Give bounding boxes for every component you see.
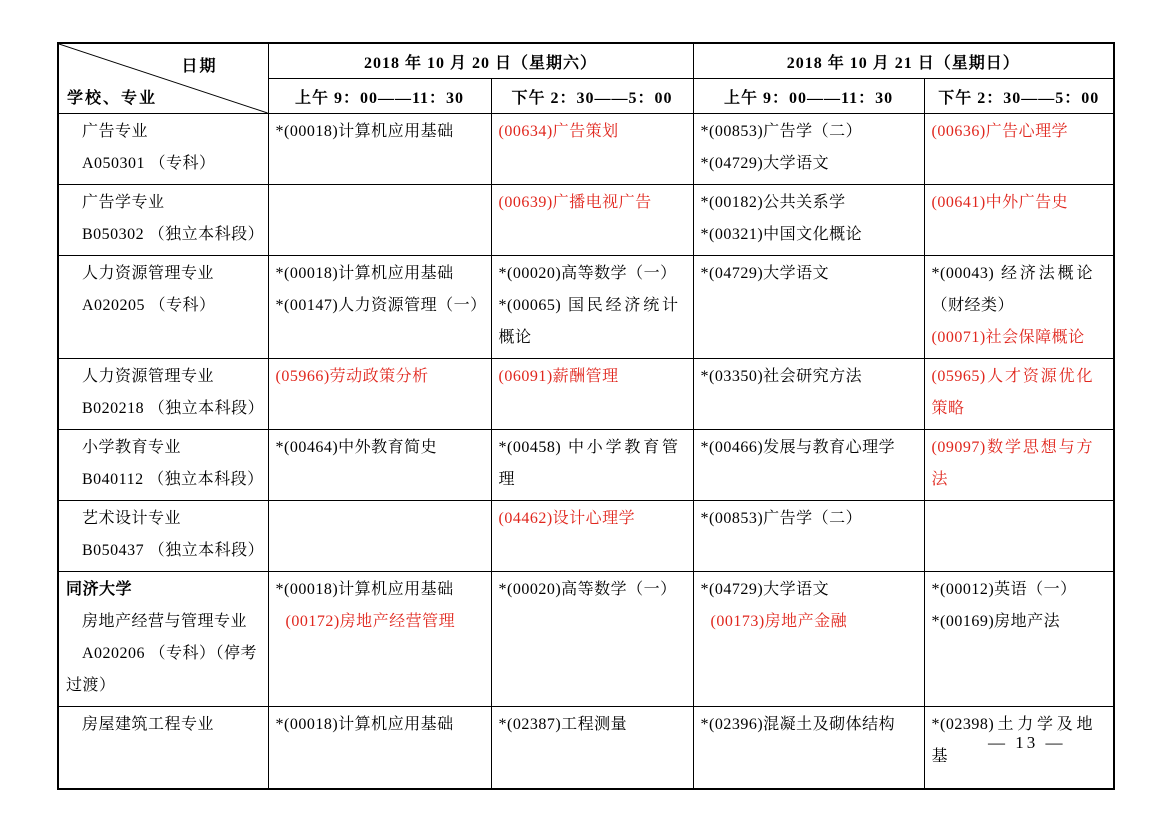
- course-cell: *(00464)中外教育简史: [268, 430, 491, 501]
- corner-label-date: 日期: [181, 53, 217, 76]
- school-major-line: 人力资源管理专业: [66, 258, 262, 290]
- course-cell: [268, 501, 491, 572]
- school-major-line: 小学教育专业: [66, 432, 262, 464]
- course-item: (04462)设计心理学: [499, 503, 679, 535]
- course-item: *(00018)计算机应用基础: [276, 116, 485, 148]
- table-header: 日期 学校、专业 2018 年 10 月 20 日（星期六） 2018 年 10…: [58, 43, 1114, 114]
- date-header-sunday: 2018 年 10 月 21 日（星期日）: [693, 43, 1114, 79]
- course-item: (00172)房地产经营管理: [276, 606, 485, 638]
- course-cell: *(00853)广告学（二）*(04729)大学语文: [693, 114, 924, 185]
- school-major-line: B020218 （独立本科段）: [66, 393, 262, 425]
- school-major-line: B040112 （独立本科段）: [66, 464, 262, 496]
- table-row: 广告专业A050301 （专科）*(00018)计算机应用基础(00634)广告…: [58, 114, 1114, 185]
- course-cell: (04462)设计心理学: [491, 501, 693, 572]
- course-cell: (09097)数学思想与方法: [924, 430, 1114, 501]
- school-major-line: 同济大学: [66, 574, 262, 606]
- course-cell: (00639)广播电视广告: [491, 185, 693, 256]
- page-number: — 13 —: [988, 733, 1066, 753]
- table-row: 人力资源管理专业A020205 （专科）*(00018)计算机应用基础*(001…: [58, 256, 1114, 359]
- course-item: *(00853)广告学（二）: [701, 503, 918, 535]
- session-header-sun-am: 上午 9：00——11：30: [693, 79, 924, 114]
- course-item: *(00464)中外教育简史: [276, 432, 485, 464]
- course-cell: [268, 185, 491, 256]
- course-item: *(00182)公共关系学: [701, 187, 918, 219]
- course-cell: [924, 501, 1114, 572]
- course-cell: (00636)广告心理学: [924, 114, 1114, 185]
- course-item: *(00065) 国民经济统计概论: [499, 290, 679, 354]
- course-item: (00173)房地产金融: [701, 606, 918, 638]
- school-major-line: 艺术设计专业: [66, 503, 262, 535]
- corner-label-school-major: 学校、专业: [67, 85, 157, 108]
- school-major-cell: 广告学专业B050302 （独立本科段）: [58, 185, 268, 256]
- table-row: 同济大学房地产经营与管理专业A020206 （专科）（停考过渡）*(00018)…: [58, 572, 1114, 707]
- course-cell: *(00853)广告学（二）: [693, 501, 924, 572]
- course-cell: *(02387)工程测量: [491, 707, 693, 790]
- school-major-cell: 房屋建筑工程专业: [58, 707, 268, 790]
- corner-header-cell: 日期 学校、专业: [58, 43, 268, 114]
- header-row-dates: 日期 学校、专业 2018 年 10 月 20 日（星期六） 2018 年 10…: [58, 43, 1114, 79]
- course-cell: *(00043) 经济法概论（财经类）(00071)社会保障概论: [924, 256, 1114, 359]
- course-item: (00634)广告策划: [499, 116, 679, 148]
- course-cell: (00634)广告策划: [491, 114, 693, 185]
- session-header-sun-pm: 下午 2：30——5：00: [924, 79, 1114, 114]
- course-item: *(04729)大学语文: [701, 574, 918, 606]
- course-item: *(00043) 经济法概论（财经类）: [932, 258, 1094, 322]
- document-page: 日期 学校、专业 2018 年 10 月 20 日（星期六） 2018 年 10…: [0, 0, 1169, 827]
- course-item: *(00147)人力资源管理（一）: [276, 290, 485, 322]
- course-item: *(04729)大学语文: [701, 148, 918, 180]
- course-item: (05966)劳动政策分析: [276, 361, 485, 393]
- course-item: (09097)数学思想与方法: [932, 432, 1094, 496]
- course-item: (00071)社会保障概论: [932, 322, 1094, 354]
- school-major-line: B050302 （独立本科段）: [66, 219, 262, 251]
- course-item: *(02387)工程测量: [499, 709, 679, 741]
- course-item: *(04729)大学语文: [701, 258, 918, 290]
- course-cell: *(00020)高等数学（一）*(00065) 国民经济统计概论: [491, 256, 693, 359]
- session-header-sat-pm: 下午 2：30——5：00: [491, 79, 693, 114]
- course-item: *(00321)中国文化概论: [701, 219, 918, 251]
- course-cell: *(00466)发展与教育心理学: [693, 430, 924, 501]
- exam-schedule-table: 日期 学校、专业 2018 年 10 月 20 日（星期六） 2018 年 10…: [57, 42, 1115, 790]
- school-major-line: 房地产经营与管理专业: [66, 606, 262, 638]
- course-cell: *(00018)计算机应用基础: [268, 114, 491, 185]
- session-header-sat-am: 上午 9：00——11：30: [268, 79, 491, 114]
- course-item: *(00012)英语（一）: [932, 574, 1094, 606]
- date-header-saturday: 2018 年 10 月 20 日（星期六）: [268, 43, 693, 79]
- course-cell: *(00182)公共关系学*(00321)中国文化概论: [693, 185, 924, 256]
- course-item: (00639)广播电视广告: [499, 187, 679, 219]
- table-body: 广告专业A050301 （专科）*(00018)计算机应用基础(00634)广告…: [58, 114, 1114, 790]
- course-cell: *(00018)计算机应用基础: [268, 707, 491, 790]
- school-major-line: A050301 （专科）: [66, 148, 262, 180]
- school-major-line: B050437 （独立本科段）: [66, 535, 262, 567]
- school-major-line: 人力资源管理专业: [66, 361, 262, 393]
- course-cell: *(02396)混凝土及砌体结构: [693, 707, 924, 790]
- course-item: (05965)人才资源优化策略: [932, 361, 1094, 425]
- school-major-line: 房屋建筑工程专业: [66, 709, 262, 741]
- school-major-cell: 人力资源管理专业B020218 （独立本科段）: [58, 359, 268, 430]
- course-item: (06091)薪酬管理: [499, 361, 679, 393]
- school-major-line: A020205 （专科）: [66, 290, 262, 322]
- course-item: *(00169)房地产法: [932, 606, 1094, 638]
- course-item: (00636)广告心理学: [932, 116, 1094, 148]
- course-cell: (00641)中外广告史: [924, 185, 1114, 256]
- course-cell: (05965)人才资源优化策略: [924, 359, 1114, 430]
- course-cell: *(00458) 中小学教育管理: [491, 430, 693, 501]
- table-row: 小学教育专业B040112 （独立本科段）*(00464)中外教育简史*(004…: [58, 430, 1114, 501]
- course-item: *(00458) 中小学教育管理: [499, 432, 679, 496]
- school-major-cell: 广告专业A050301 （专科）: [58, 114, 268, 185]
- school-major-cell: 人力资源管理专业A020205 （专科）: [58, 256, 268, 359]
- course-cell: *(04729)大学语文: [693, 256, 924, 359]
- course-cell: *(04729)大学语文(00173)房地产金融: [693, 572, 924, 707]
- school-major-cell: 小学教育专业B040112 （独立本科段）: [58, 430, 268, 501]
- course-cell: *(00018)计算机应用基础(00172)房地产经营管理: [268, 572, 491, 707]
- school-major-cell: 同济大学房地产经营与管理专业A020206 （专科）（停考过渡）: [58, 572, 268, 707]
- course-item: *(00853)广告学（二）: [701, 116, 918, 148]
- course-cell: (05966)劳动政策分析: [268, 359, 491, 430]
- course-item: *(00018)计算机应用基础: [276, 258, 485, 290]
- school-major-line: A020206 （专科）（停考过渡）: [66, 638, 262, 702]
- course-cell: *(00018)计算机应用基础*(00147)人力资源管理（一）: [268, 256, 491, 359]
- table-row: 人力资源管理专业B020218 （独立本科段）(05966)劳动政策分析(060…: [58, 359, 1114, 430]
- course-item: (00641)中外广告史: [932, 187, 1094, 219]
- school-major-cell: 艺术设计专业B050437 （独立本科段）: [58, 501, 268, 572]
- table-row: 艺术设计专业B050437 （独立本科段）(04462)设计心理学*(00853…: [58, 501, 1114, 572]
- course-item: *(03350)社会研究方法: [701, 361, 918, 393]
- schedule-table-container: 日期 学校、专业 2018 年 10 月 20 日（星期六） 2018 年 10…: [57, 42, 1115, 790]
- course-item: *(00018)计算机应用基础: [276, 574, 485, 606]
- course-item: *(00018)计算机应用基础: [276, 709, 485, 741]
- course-item: *(02396)混凝土及砌体结构: [701, 709, 918, 741]
- course-cell: *(00012)英语（一）*(00169)房地产法: [924, 572, 1114, 707]
- school-major-line: 广告学专业: [66, 187, 262, 219]
- course-cell: (06091)薪酬管理: [491, 359, 693, 430]
- course-cell: *(00020)高等数学（一）: [491, 572, 693, 707]
- table-row: 房屋建筑工程专业*(00018)计算机应用基础*(02387)工程测量*(023…: [58, 707, 1114, 790]
- school-major-line: 广告专业: [66, 116, 262, 148]
- course-item: *(00466)发展与教育心理学: [701, 432, 918, 464]
- course-item: *(00020)高等数学（一）: [499, 258, 679, 290]
- table-row: 广告学专业B050302 （独立本科段）(00639)广播电视广告*(00182…: [58, 185, 1114, 256]
- course-item: *(00020)高等数学（一）: [499, 574, 679, 606]
- course-cell: *(03350)社会研究方法: [693, 359, 924, 430]
